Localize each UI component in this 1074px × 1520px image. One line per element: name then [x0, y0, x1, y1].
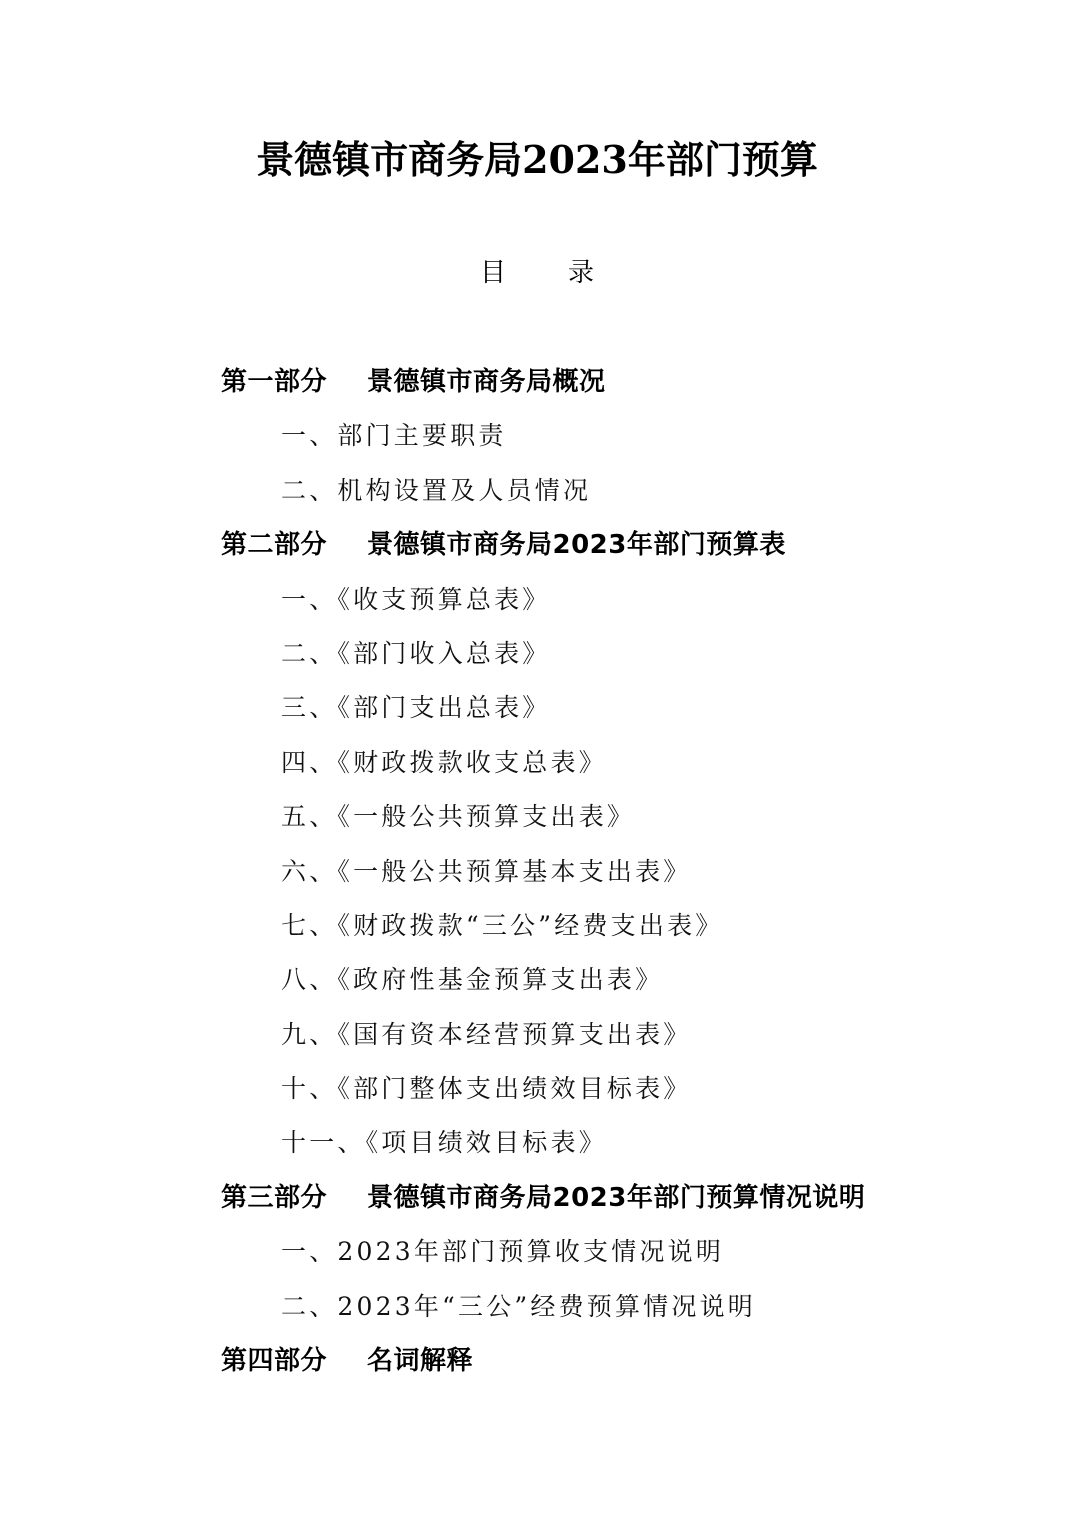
part-title: 景德镇市商务局2023年部门预算表: [367, 530, 786, 560]
toc-item[interactable]: 十、《部门整体支出绩效目标表》: [221, 1069, 865, 1123]
part-title: 名词解释: [367, 1346, 473, 1376]
part-number: 第三部分: [221, 1178, 367, 1218]
toc-part-2[interactable]: 第二部分景德镇市商务局2023年部门预算表: [221, 525, 865, 579]
toc-item[interactable]: 一、2023年部门预算收支情况说明: [221, 1232, 865, 1286]
toc-item[interactable]: 一、部门主要职责: [221, 416, 865, 470]
toc-item[interactable]: 六、《一般公共预算基本支出表》: [221, 852, 865, 906]
toc-item[interactable]: 三、《部门支出总表》: [221, 688, 865, 742]
part-number: 第一部分: [221, 362, 367, 402]
toc-heading-char-2: 录: [568, 256, 594, 290]
part-number: 第二部分: [221, 525, 367, 565]
part-title: 景德镇市商务局概况: [367, 367, 606, 397]
toc-part-1[interactable]: 第一部分景德镇市商务局概况: [221, 362, 865, 416]
toc-part-4[interactable]: 第四部分名词解释: [221, 1341, 865, 1395]
toc-heading-char-1: 目: [480, 256, 506, 290]
toc-item[interactable]: 四、《财政拨款收支总表》: [221, 743, 865, 797]
toc-item[interactable]: 五、《一般公共预算支出表》: [221, 797, 865, 851]
toc-item[interactable]: 二、《部门收入总表》: [221, 634, 865, 688]
table-of-contents: 第一部分景德镇市商务局概况 一、部门主要职责 二、机构设置及人员情况 第二部分景…: [221, 362, 865, 1395]
toc-item[interactable]: 八、《政府性基金预算支出表》: [221, 960, 865, 1014]
toc-part-3[interactable]: 第三部分景德镇市商务局2023年部门预算情况说明: [221, 1178, 865, 1232]
toc-item[interactable]: 七、《财政拨款“三公”经费支出表》: [221, 906, 865, 960]
toc-item[interactable]: 二、2023年“三公”经费预算情况说明: [221, 1287, 865, 1341]
document-title: 景德镇市商务局2023年部门预算: [0, 136, 1074, 184]
toc-item[interactable]: 十一、《项目绩效目标表》: [221, 1123, 865, 1177]
toc-heading: 目录: [0, 256, 1074, 290]
toc-item[interactable]: 一、《收支预算总表》: [221, 580, 865, 634]
part-title: 景德镇市商务局2023年部门预算情况说明: [367, 1183, 865, 1213]
toc-item[interactable]: 九、《国有资本经营预算支出表》: [221, 1015, 865, 1069]
part-number: 第四部分: [221, 1341, 367, 1381]
toc-item[interactable]: 二、机构设置及人员情况: [221, 471, 865, 525]
